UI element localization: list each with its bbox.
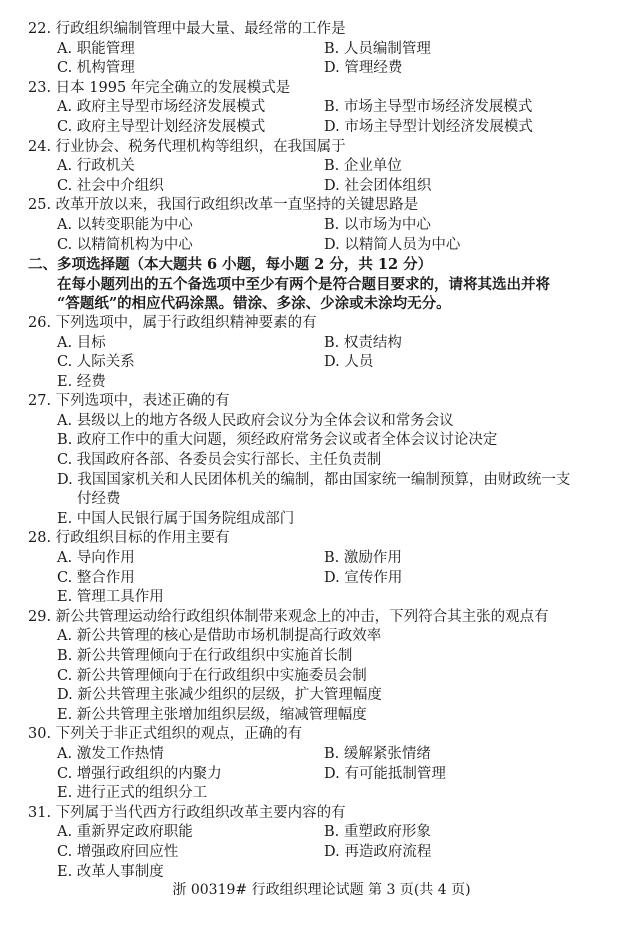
option-d: D. 我国国家机关和人民团体机关的编制，都由国家统一编制预算，由财政统一支: [57, 471, 570, 491]
question-29-option-b-row: B. 新公共管理倾向于在行政组织中实施首长制: [0, 647, 643, 667]
question-29-option-c-row: C. 新公共管理倾向于在行政组织中实施委员会制: [0, 667, 643, 687]
question-31-options-row-1: A. 重新界定政府职能 B. 重塑政府形象: [0, 823, 643, 843]
option-c: C. 我国政府各部、各委员会实行部长、主任负责制: [57, 451, 381, 471]
question-23-options-row-2: C. 政府主导型计划经济发展模式 D. 市场主导型计划经济发展模式: [0, 118, 643, 138]
question-number: 28.: [28, 530, 51, 546]
question-number: 22.: [28, 21, 51, 37]
question-28-options-row-3: E. 管理工具作用: [0, 588, 643, 608]
question-text: 新公共管理运动给行政组织体制带来观念上的冲击，下列符合其主张的观点有: [56, 609, 549, 625]
section-2-instruction-line-1: 在每小题列出的五个备选项中至少有两个是符合题目要求的，请将其选出并将: [0, 275, 643, 295]
option-a: A. 激发工作热情: [57, 745, 324, 765]
question-text: 行政组织目标的作用主要有: [56, 530, 230, 546]
option-e: E. 管理工具作用: [57, 588, 164, 608]
question-number: 24.: [28, 139, 51, 155]
option-b: B. 政府工作中的重大问题，须经政府常务会议或者全体会议讨论决定: [57, 431, 497, 451]
question-29-option-d-row: D. 新公共管理主张减少组织的层级，扩大管理幅度: [0, 686, 643, 706]
question-26-options-row-1: A. 目标 B. 权责结构: [0, 334, 643, 354]
option-a: A. 新公共管理的核心是借助市场机制提高行政效率: [57, 627, 381, 647]
option-c: C. 政府主导型计划经济发展模式: [57, 118, 324, 138]
question-text: 行业协会、税务代理机构等组织，在我国属于: [56, 139, 346, 155]
option-d: D. 再造政府流程: [324, 843, 431, 863]
option-e: E. 进行正式的组织分工: [57, 784, 207, 804]
question-27-option-a-row: A. 县级以上的地方各级人民政府会议分为全体会议和常务会议: [0, 412, 643, 432]
question-31-options-row-2: C. 增强政府回应性 D. 再造政府流程: [0, 843, 643, 863]
option-c: C. 社会中介组织: [57, 177, 324, 197]
question-23-stem: 23. 日本 1995 年完全确立的发展模式是: [0, 79, 643, 99]
option-e: E. 中国人民银行属于国务院组成部门: [57, 510, 294, 530]
page-footer: 浙 00319# 行政组织理论试题 第 3 页(共 4 页): [0, 880, 643, 900]
option-d: D. 新公共管理主张减少组织的层级，扩大管理幅度: [57, 686, 382, 706]
question-number: 27.: [28, 393, 51, 409]
question-29-stem: 29. 新公共管理运动给行政组织体制带来观念上的冲击，下列符合其主张的观点有: [0, 608, 643, 628]
question-22-stem: 22. 行政组织编制管理中最大量、最经常的工作是: [0, 20, 643, 40]
option-d: D. 社会团体组织: [324, 177, 431, 197]
option-e: E. 新公共管理主张增加组织层级，缩减管理幅度: [57, 706, 367, 726]
option-a: A. 导向作用: [57, 549, 324, 569]
question-number: 25.: [28, 197, 51, 213]
question-number: 23.: [28, 80, 51, 96]
option-c: C. 以精简机构为中心: [57, 236, 324, 256]
option-b: B. 权责结构: [324, 334, 402, 354]
option-a: A. 目标: [57, 334, 324, 354]
option-b: B. 市场主导型市场经济发展模式: [324, 98, 532, 118]
option-b: B. 重塑政府形象: [324, 823, 431, 843]
question-27-option-e-row: E. 中国人民银行属于国务院组成部门: [0, 510, 643, 530]
question-text: 下列属于当代西方行政组织改革主要内容的有: [56, 805, 346, 821]
option-b: B. 新公共管理倾向于在行政组织中实施首长制: [57, 647, 352, 667]
question-27-option-d-row: D. 我国国家机关和人民团体机关的编制，都由国家统一编制预算，由财政统一支: [0, 471, 643, 491]
option-a: A. 县级以上的地方各级人民政府会议分为全体会议和常务会议: [57, 412, 454, 432]
question-22-options-row-2: C. 机构管理 D. 管理经费: [0, 59, 643, 79]
question-30-options-row-2: C. 增强行政组织的内聚力 D. 有可能抵制管理: [0, 765, 643, 785]
option-c: C. 整合作用: [57, 569, 324, 589]
option-b: B. 企业单位: [324, 157, 402, 177]
option-c: C. 增强政府回应性: [57, 843, 324, 863]
question-24-stem: 24. 行业协会、税务代理机构等组织，在我国属于: [0, 138, 643, 158]
question-number: 31.: [28, 805, 51, 821]
question-29-option-a-row: A. 新公共管理的核心是借助市场机制提高行政效率: [0, 627, 643, 647]
exam-page: 22. 行政组织编制管理中最大量、最经常的工作是 A. 职能管理 B. 人员编制…: [0, 20, 643, 882]
question-30-stem: 30. 下列关于非正式组织的观点，正确的有: [0, 725, 643, 745]
question-24-options-row-1: A. 行政机关 B. 企业单位: [0, 157, 643, 177]
question-25-options-row-2: C. 以精简机构为中心 D. 以精简人员为中心: [0, 236, 643, 256]
question-22-options-row-1: A. 职能管理 B. 人员编制管理: [0, 40, 643, 60]
question-24-options-row-2: C. 社会中介组织 D. 社会团体组织: [0, 177, 643, 197]
option-a: A. 职能管理: [57, 40, 324, 60]
question-27-option-d-continuation: 付经费: [0, 490, 643, 510]
option-a: A. 政府主导型市场经济发展模式: [57, 98, 324, 118]
question-26-options-row-3: E. 经费: [0, 373, 643, 393]
question-number: 29.: [28, 609, 51, 625]
option-b: B. 缓解紧张情绪: [324, 745, 431, 765]
option-c: C. 增强行政组织的内聚力: [57, 765, 324, 785]
option-d: D. 人员: [324, 353, 373, 373]
question-28-options-row-1: A. 导向作用 B. 激励作用: [0, 549, 643, 569]
question-28-stem: 28. 行政组织目标的作用主要有: [0, 529, 643, 549]
question-27-stem: 27. 下列选项中，表述正确的有: [0, 392, 643, 412]
question-28-options-row-2: C. 整合作用 D. 宣传作用: [0, 569, 643, 589]
question-27-option-c-row: C. 我国政府各部、各委员会实行部长、主任负责制: [0, 451, 643, 471]
option-b: B. 以市场为中心: [324, 216, 431, 236]
option-d: D. 市场主导型计划经济发展模式: [324, 118, 533, 138]
question-25-options-row-1: A. 以转变职能为中心 B. 以市场为中心: [0, 216, 643, 236]
option-c: C. 机构管理: [57, 59, 324, 79]
question-text: 下列选项中，属于行政组织精神要素的有: [56, 315, 317, 331]
option-a: A. 重新界定政府职能: [57, 823, 324, 843]
question-30-options-row-1: A. 激发工作热情 B. 缓解紧张情绪: [0, 745, 643, 765]
question-27-option-b-row: B. 政府工作中的重大问题，须经政府常务会议或者全体会议讨论决定: [0, 431, 643, 451]
question-text: 行政组织编制管理中最大量、最经常的工作是: [56, 21, 346, 37]
question-text: 下列选项中，表述正确的有: [56, 393, 230, 409]
question-number: 30.: [28, 726, 51, 742]
option-c: C. 人际关系: [57, 353, 324, 373]
option-c: C. 新公共管理倾向于在行政组织中实施委员会制: [57, 667, 367, 687]
question-26-stem: 26. 下列选项中，属于行政组织精神要素的有: [0, 314, 643, 334]
question-text: 下列关于非正式组织的观点，正确的有: [56, 726, 303, 742]
question-number: 26.: [28, 315, 51, 331]
question-text: 日本 1995 年完全确立的发展模式是: [56, 80, 291, 96]
section-2-heading: 二、多项选择题（本大题共 6 小题，每小题 2 分，共 12 分）: [0, 255, 643, 275]
question-25-stem: 25. 改革开放以来，我国行政组织改革一直坚持的关键思路是: [0, 196, 643, 216]
question-text: 改革开放以来，我国行政组织改革一直坚持的关键思路是: [56, 197, 419, 213]
option-b: B. 人员编制管理: [324, 40, 431, 60]
question-26-options-row-2: C. 人际关系 D. 人员: [0, 353, 643, 373]
section-2-instruction-line-2: “答题纸”的相应代码涂黑。错涂、多涂、少涂或未涂均无分。: [0, 294, 643, 314]
option-d: D. 管理经费: [324, 59, 402, 79]
question-29-option-e-row: E. 新公共管理主张增加组织层级，缩减管理幅度: [0, 706, 643, 726]
option-e: E. 经费: [57, 373, 106, 393]
option-a: A. 行政机关: [57, 157, 324, 177]
question-31-stem: 31. 下列属于当代西方行政组织改革主要内容的有: [0, 804, 643, 824]
question-23-options-row-1: A. 政府主导型市场经济发展模式 B. 市场主导型市场经济发展模式: [0, 98, 643, 118]
option-d: D. 以精简人员为中心: [324, 236, 460, 256]
option-b: B. 激励作用: [324, 549, 402, 569]
option-a: A. 以转变职能为中心: [57, 216, 324, 236]
option-d: D. 有可能抵制管理: [324, 765, 446, 785]
option-d: D. 宣传作用: [324, 569, 402, 589]
question-30-options-row-3: E. 进行正式的组织分工: [0, 784, 643, 804]
